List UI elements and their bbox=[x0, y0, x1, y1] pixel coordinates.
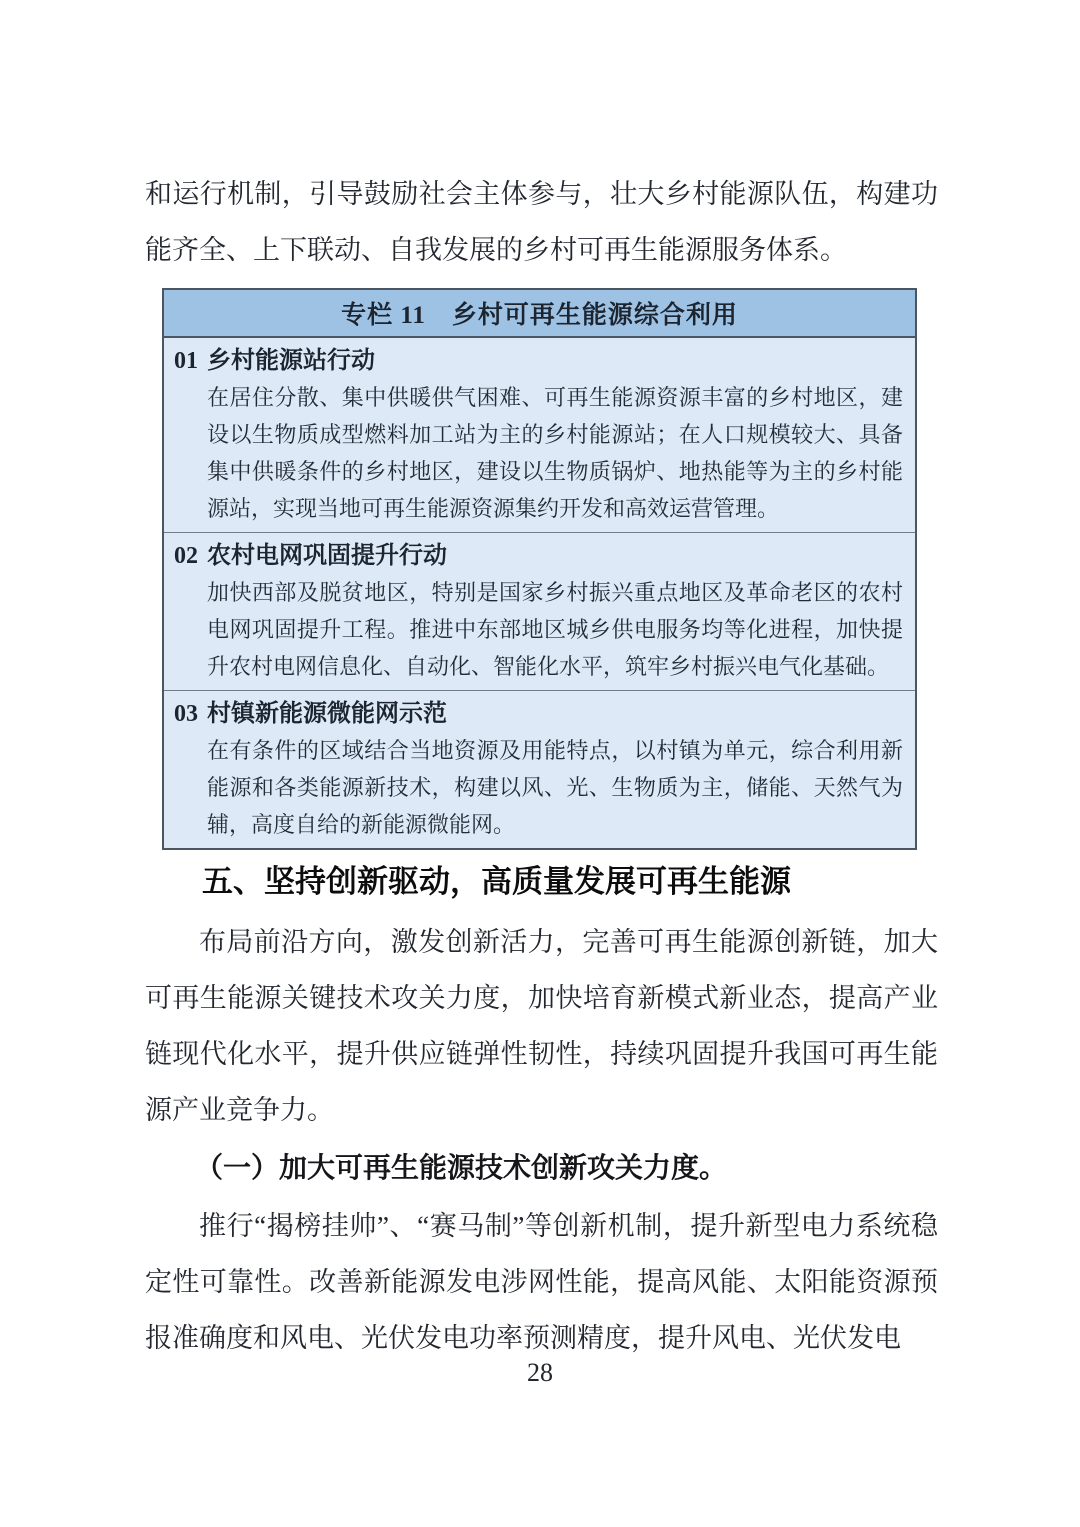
panel-item-2-head: 02 农村电网巩固提升行动 bbox=[174, 538, 903, 574]
panel-item-1-heading: 乡村能源站行动 bbox=[207, 343, 375, 379]
panel-item-1: 01 乡村能源站行动 在居住分散、集中供暖供气困难、可再生能源资源丰富的乡村地区… bbox=[164, 338, 915, 532]
panel-item-2: 02 农村电网巩固提升行动 加快西部及脱贫地区，特别是国家乡村振兴重点地区及革命… bbox=[164, 532, 915, 690]
panel-item-3: 03 村镇新能源微能网示范 在有条件的区域结合当地资源及用能特点，以村镇为单元，… bbox=[164, 690, 915, 848]
document-page: 和运行机制，引导鼓励社会主体参与，壮大乡村能源队伍，构建功能齐全、上下联动、自我… bbox=[0, 0, 1080, 1527]
page-content: 和运行机制，引导鼓励社会主体参与，壮大乡村能源队伍，构建功能齐全、上下联动、自我… bbox=[145, 166, 938, 1366]
panel-item-1-number: 01 bbox=[174, 343, 207, 379]
panel-item-1-head: 01 乡村能源站行动 bbox=[174, 343, 903, 379]
section-heading: 五、坚持创新驱动，高质量发展可再生能源 bbox=[145, 862, 938, 902]
intro-paragraph: 和运行机制，引导鼓励社会主体参与，壮大乡村能源队伍，构建功能齐全、上下联动、自我… bbox=[145, 166, 938, 278]
panel-item-2-number: 02 bbox=[174, 538, 207, 574]
panel-title: 专栏 11 乡村可再生能源综合利用 bbox=[164, 290, 915, 338]
section-paragraph: 布局前沿方向，激发创新活力，完善可再生能源创新链，加大可再生能源关键技术攻关力度… bbox=[145, 914, 938, 1138]
panel-item-2-body: 加快西部及脱贫地区，特别是国家乡村振兴重点地区及革命老区的农村电网巩固提升工程。… bbox=[207, 574, 903, 685]
subsection-paragraph: 推行“揭榜挂帅”、“赛马制”等创新机制，提升新型电力系统稳定性可靠性。改善新能源… bbox=[145, 1198, 938, 1366]
page-number: 28 bbox=[0, 1358, 1080, 1388]
panel-item-3-number: 03 bbox=[174, 696, 207, 732]
panel-item-2-heading: 农村电网巩固提升行动 bbox=[207, 538, 447, 574]
panel-item-3-head: 03 村镇新能源微能网示范 bbox=[174, 696, 903, 732]
panel-item-3-heading: 村镇新能源微能网示范 bbox=[207, 696, 447, 732]
panel-item-1-body: 在居住分散、集中供暖供气困难、可再生能源资源丰富的乡村地区，建设以生物质成型燃料… bbox=[207, 379, 903, 527]
subsection-heading: （一）加大可再生能源技术创新攻关力度。 bbox=[145, 1148, 938, 1190]
panel-box: 专栏 11 乡村可再生能源综合利用 01 乡村能源站行动 在居住分散、集中供暖供… bbox=[162, 288, 917, 850]
panel-item-3-body: 在有条件的区域结合当地资源及用能特点，以村镇为单元，综合利用新能源和各类能源新技… bbox=[207, 732, 903, 843]
